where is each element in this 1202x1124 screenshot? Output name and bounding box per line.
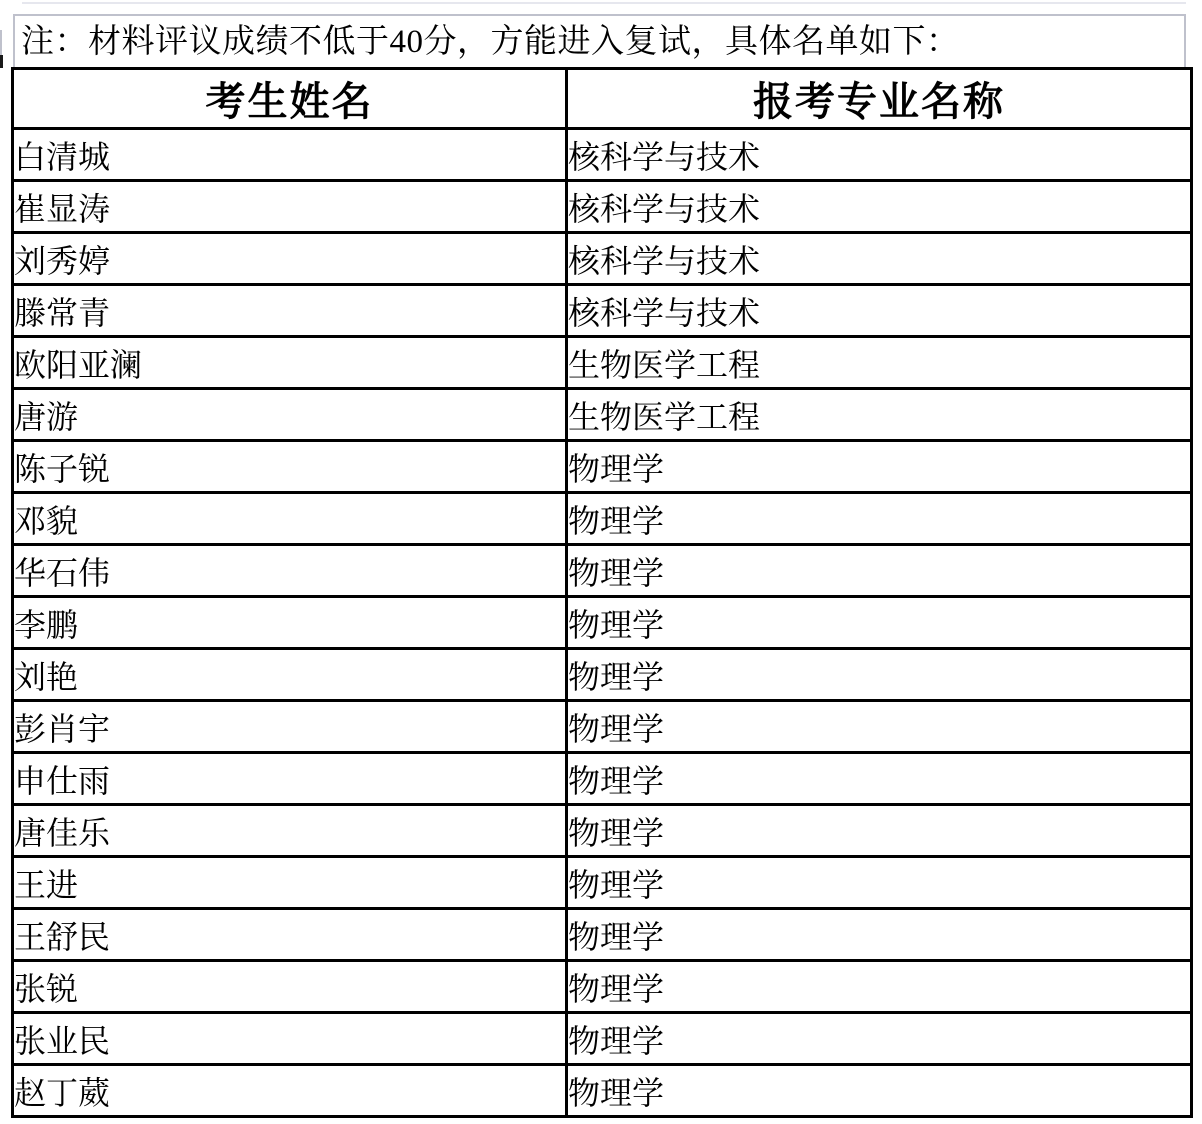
table-row: 申仕雨 物理学 xyxy=(13,753,1192,805)
candidate-name-cell: 滕常青 xyxy=(13,285,567,337)
table-row: 唐佳乐 物理学 xyxy=(13,805,1192,857)
candidate-name-cell: 刘艳 xyxy=(13,649,567,701)
table-row: 陈子锐 物理学 xyxy=(13,441,1192,493)
major-cell: 物理学 xyxy=(567,441,1192,493)
table-row: 张锐 物理学 xyxy=(13,961,1192,1013)
major-cell: 物理学 xyxy=(567,1065,1192,1117)
candidate-name-cell: 唐佳乐 xyxy=(13,805,567,857)
candidate-name-cell: 刘秀婷 xyxy=(13,233,567,285)
candidate-name-cell: 赵丁葳 xyxy=(13,1065,567,1117)
table-row: 刘秀婷 核科学与技术 xyxy=(13,233,1192,285)
table-row: 唐游 生物医学工程 xyxy=(13,389,1192,441)
table-row: 滕常青 核科学与技术 xyxy=(13,285,1192,337)
document-page: 注：材料评议成绩不低于40分，方能进入复试，具体名单如下： 考生姓名 报考专业名… xyxy=(0,0,1202,1124)
candidate-name-cell: 欧阳亚澜 xyxy=(13,337,567,389)
major-cell: 生物医学工程 xyxy=(567,337,1192,389)
table-row: 彭肖宇 物理学 xyxy=(13,701,1192,753)
major-cell: 物理学 xyxy=(567,493,1192,545)
table-header-row: 考生姓名 报考专业名称 xyxy=(13,69,1192,129)
candidate-name-cell: 申仕雨 xyxy=(13,753,567,805)
major-cell: 物理学 xyxy=(567,753,1192,805)
note-text: 注：材料评议成绩不低于40分，方能进入复试，具体名单如下： xyxy=(21,26,960,59)
header-candidate-name: 考生姓名 xyxy=(13,69,567,129)
note-banner: 注：材料评议成绩不低于40分，方能进入复试，具体名单如下： xyxy=(13,14,1186,68)
table-row: 刘艳 物理学 xyxy=(13,649,1192,701)
candidate-name-cell: 陈子锐 xyxy=(13,441,567,493)
sheet-left-gridline xyxy=(0,30,2,55)
table-row: 欧阳亚澜 生物医学工程 xyxy=(13,337,1192,389)
major-cell: 物理学 xyxy=(567,545,1192,597)
candidate-name-cell: 白清城 xyxy=(13,129,567,181)
major-cell: 物理学 xyxy=(567,701,1192,753)
candidate-name-cell: 李鹏 xyxy=(13,597,567,649)
major-cell: 核科学与技术 xyxy=(567,285,1192,337)
candidate-name-cell: 张锐 xyxy=(13,961,567,1013)
major-cell: 物理学 xyxy=(567,961,1192,1013)
candidate-name-cell: 华石伟 xyxy=(13,545,567,597)
table-row: 邓貌 物理学 xyxy=(13,493,1192,545)
candidate-name-cell: 王进 xyxy=(13,857,567,909)
major-cell: 生物医学工程 xyxy=(567,389,1192,441)
major-cell: 核科学与技术 xyxy=(567,181,1192,233)
candidate-name-cell: 唐游 xyxy=(13,389,567,441)
major-cell: 物理学 xyxy=(567,649,1192,701)
candidate-name-cell: 张业民 xyxy=(13,1013,567,1065)
table-row: 赵丁葳 物理学 xyxy=(13,1065,1192,1117)
candidate-name-cell: 彭肖宇 xyxy=(13,701,567,753)
major-cell: 核科学与技术 xyxy=(567,233,1192,285)
table-row: 华石伟 物理学 xyxy=(13,545,1192,597)
table-row: 李鹏 物理学 xyxy=(13,597,1192,649)
table-row: 王舒民 物理学 xyxy=(13,909,1192,961)
candidate-name-cell: 王舒民 xyxy=(13,909,567,961)
candidate-roster-table: 考生姓名 报考专业名称 白清城 核科学与技术 崔显涛 核科学与技术 刘秀婷 核科… xyxy=(11,67,1193,1118)
major-cell: 物理学 xyxy=(567,597,1192,649)
sheet-top-gridline xyxy=(22,2,1186,4)
header-major-name: 报考专业名称 xyxy=(567,69,1192,129)
table-row: 崔显涛 核科学与技术 xyxy=(13,181,1192,233)
major-cell: 物理学 xyxy=(567,857,1192,909)
major-cell: 物理学 xyxy=(567,805,1192,857)
table-row: 白清城 核科学与技术 xyxy=(13,129,1192,181)
adjacent-cell-border xyxy=(0,55,3,68)
candidate-name-cell: 邓貌 xyxy=(13,493,567,545)
table-row: 王进 物理学 xyxy=(13,857,1192,909)
table-row: 张业民 物理学 xyxy=(13,1013,1192,1065)
candidate-name-cell: 崔显涛 xyxy=(13,181,567,233)
major-cell: 核科学与技术 xyxy=(567,129,1192,181)
major-cell: 物理学 xyxy=(567,1013,1192,1065)
table-body: 白清城 核科学与技术 崔显涛 核科学与技术 刘秀婷 核科学与技术 滕常青 核科学… xyxy=(13,129,1192,1117)
major-cell: 物理学 xyxy=(567,909,1192,961)
